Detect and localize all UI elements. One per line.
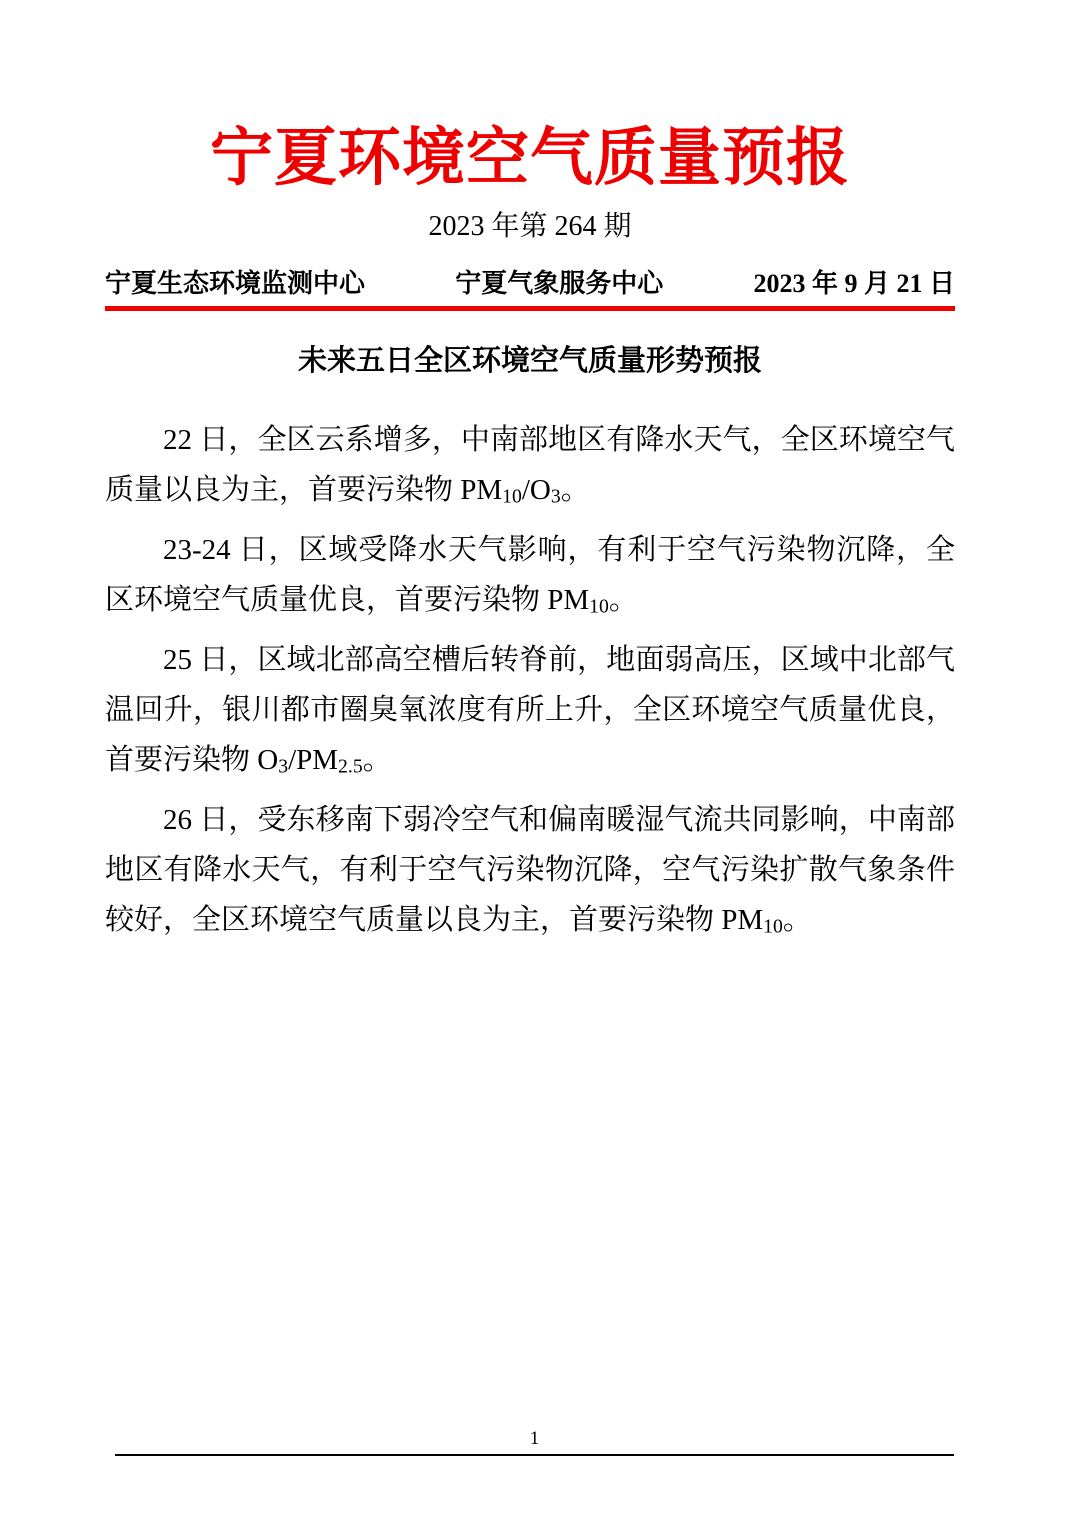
paragraph: 26 日，受东移南下弱冷空气和偏南暖湿气流共同影响，中南部地区有降水天气，有利于… <box>105 795 955 945</box>
pollutant-subscript: 3 <box>278 755 288 777</box>
body-paragraphs: 22 日，全区云系增多，中南部地区有降水天气，全区环境空气质量以良为主，首要污染… <box>105 415 955 945</box>
page-footer: 1 <box>115 1428 954 1456</box>
paragraph-text: /O <box>522 474 551 506</box>
issuer-org-left: 宁夏生态环境监测中心 <box>105 268 365 299</box>
paragraph-text: 。 <box>609 584 638 616</box>
header-divider-rule <box>105 306 955 311</box>
issue-date: 2023 年 9 月 21 日 <box>753 268 955 299</box>
pollutant-subscript: 10 <box>763 915 783 937</box>
paragraph-text: 。 <box>561 474 590 506</box>
paragraph: 22 日，全区云系增多，中南部地区有降水天气，全区环境空气质量以良为主，首要污染… <box>105 415 955 515</box>
document-page: 宁夏环境空气质量预报 2023 年第 264 期 宁夏生态环境监测中心 宁夏气象… <box>0 0 1074 1520</box>
pollutant-subscript: 2.5 <box>338 755 363 777</box>
paragraph-text: /PM <box>288 744 338 776</box>
pollutant-subscript: 10 <box>589 595 609 617</box>
page-number: 1 <box>530 1428 540 1451</box>
issue-number: 2023 年第 264 期 <box>105 209 955 244</box>
paragraph-text: 26 日，受东移南下弱冷空气和偏南暖湿气流共同影响，中南部地区有降水天气，有利于… <box>105 804 955 936</box>
pollutant-subscript: 3 <box>551 485 561 507</box>
pollutant-subscript: 10 <box>502 485 522 507</box>
paragraph-text: 25 日，区域北部高空槽后转脊前，地面弱高压，区域中北部气温回升，银川都市圈臭氧… <box>105 644 955 776</box>
issuer-org-center: 宁夏气象服务中心 <box>455 268 663 299</box>
section-title: 未来五日全区环境空气质量形势预报 <box>105 343 955 381</box>
document-content: 宁夏环境空气质量预报 2023 年第 264 期 宁夏生态环境监测中心 宁夏气象… <box>105 0 955 955</box>
footer-divider-rule <box>115 1454 954 1456</box>
paragraph-text: 。 <box>363 744 392 776</box>
paragraph: 23-24 日，区域受降水天气影响，有利于空气污染物沉降，全区环境空气质量优良，… <box>105 525 955 625</box>
paragraph-text: 23-24 日，区域受降水天气影响，有利于空气污染物沉降，全区环境空气质量优良，… <box>105 534 955 616</box>
issuer-header-row: 宁夏生态环境监测中心 宁夏气象服务中心 2023 年 9 月 21 日 <box>105 268 955 299</box>
paragraph: 25 日，区域北部高空槽后转脊前，地面弱高压，区域中北部气温回升，银川都市圈臭氧… <box>105 635 955 785</box>
paragraph-text: 。 <box>783 904 812 936</box>
document-title: 宁夏环境空气质量预报 <box>105 118 955 199</box>
